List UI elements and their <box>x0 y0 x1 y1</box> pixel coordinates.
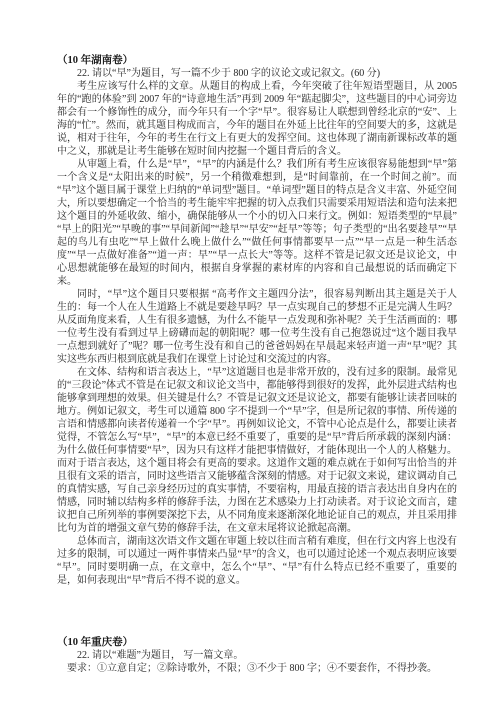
hunan-analysis-paragraph-3: 同时，“早”这个题目只要根据 “高考作文主题四分法”，很容易判断出其主题是关于人… <box>57 288 457 366</box>
document-page: （10 年湖南卷） 22. 请以“早”为题目，写一篇不少于 800 字的议论文或… <box>0 0 496 702</box>
chongqing-section-heading: （10 年重庆卷） <box>57 636 457 649</box>
hunan-section-heading: （10 年湖南卷） <box>57 54 457 67</box>
chongqing-essay-question: 22. 请以“难题”为题目， 写一篇文章。 <box>57 649 457 662</box>
hunan-analysis-paragraph-5: 总体而言，湖南这次语文作文题在审题上较以往而言稍有难度，但在行文内容上也没有过多… <box>57 535 457 587</box>
section-hunan-exam: （10 年湖南卷） 22. 请以“早”为题目，写一篇不少于 800 字的议论文或… <box>57 54 457 587</box>
hunan-analysis-paragraph-4: 在文体、结构和语言表达上，“早”这道题目也是非常开放的，没有过多的限制。最常见的… <box>57 366 457 535</box>
hunan-essay-question: 22. 请以“早”为题目，写一篇不少于 800 字的议论文或记叙文。(60 分) <box>57 67 457 80</box>
section-chongqing-exam: （10 年重庆卷） 22. 请以“难题”为题目， 写一篇文章。 要求：①立意自定… <box>57 636 457 675</box>
hunan-analysis-paragraph-2: 从审题上看，什么是“早”，“早”的内涵是什么？我们所有考生应该很容易能想到“早”… <box>57 158 457 288</box>
hunan-analysis-paragraph-1: 考生应该写什么样的文章。从题目的构成上看，今年突破了往年短语型题目，从 2005… <box>57 80 457 158</box>
chongqing-requirements: 要求：①立意自定；②除诗歌外，不限；③不少于 800 字；④不要套作，不得抄袭。 <box>57 662 457 675</box>
